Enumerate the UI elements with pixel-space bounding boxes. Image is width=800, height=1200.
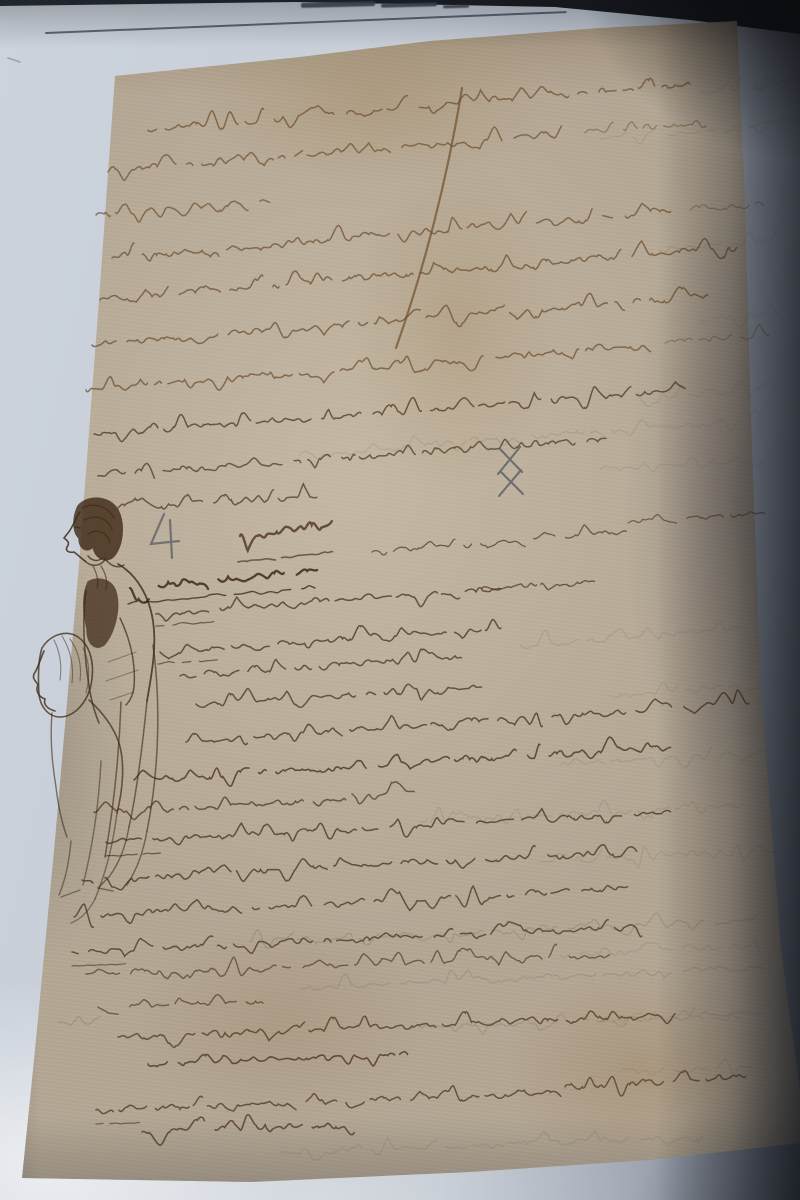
manuscript-sheet [0, 0, 800, 1200]
manuscript-photo [0, 0, 800, 1200]
